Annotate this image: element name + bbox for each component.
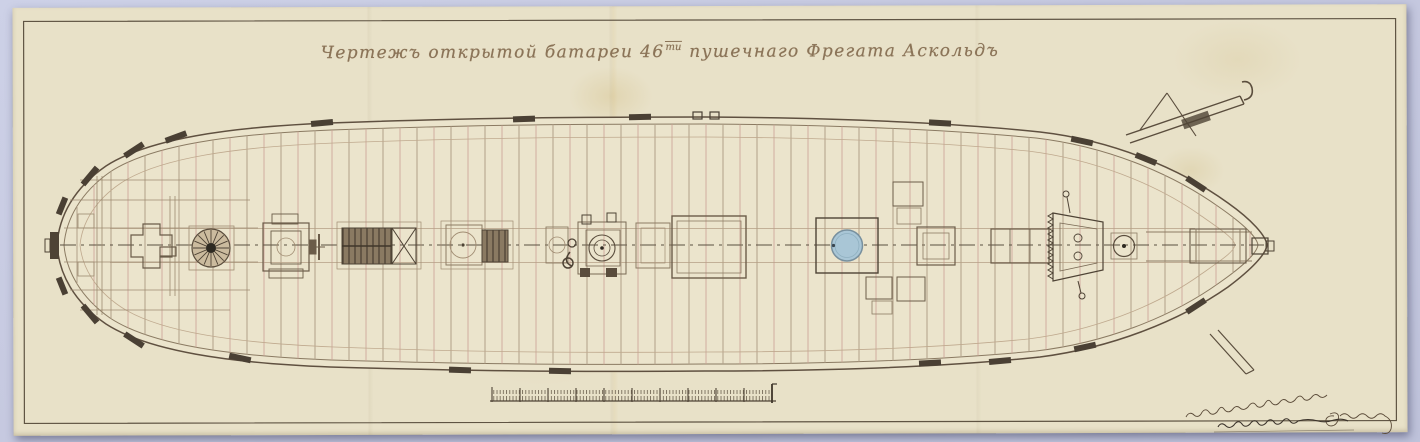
scale-bar (490, 384, 777, 403)
scanned-ship-deck-plan: { "page": { "background_color": "#c6c9e0… (0, 0, 1420, 442)
deck-planking (60, 118, 1265, 374)
rudder-head (45, 232, 59, 259)
anchor-davit-with-hook (1126, 82, 1252, 143)
signature-handwriting (1186, 395, 1391, 434)
deck-plan-drawing (0, 0, 1420, 442)
grating (482, 230, 508, 262)
swinging-boom (1210, 330, 1254, 374)
